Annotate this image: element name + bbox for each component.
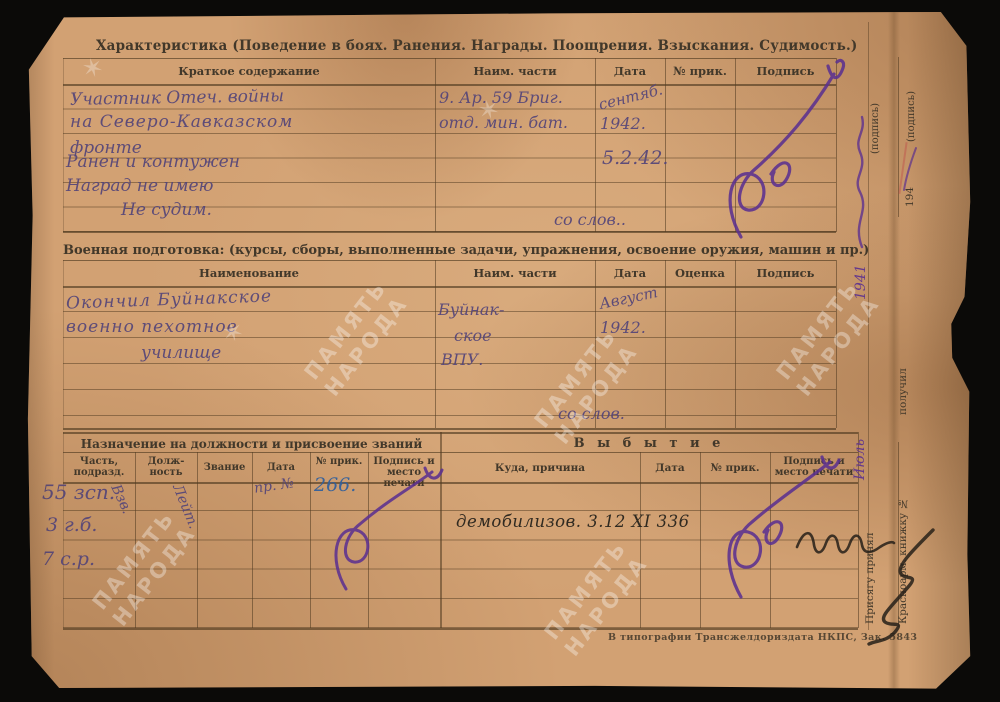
column-divider <box>63 58 64 232</box>
hw-s1-unit1: 9. Ар. 59 Бриг. <box>439 88 563 107</box>
divider <box>63 628 858 630</box>
column-divider <box>435 260 436 428</box>
col-header-s2-1: Наим. части <box>435 266 595 280</box>
hw-s2-date2: 1942. <box>600 318 646 337</box>
divider <box>63 260 836 261</box>
column-divider <box>735 260 736 428</box>
column-divider <box>435 58 436 232</box>
col-header-s2-4: Подпись <box>735 266 836 280</box>
hw-s2-note: со слов. <box>558 404 625 423</box>
hw-margin-month: Июль <box>852 410 868 480</box>
col-header-s1-2: Дата <box>595 64 665 78</box>
column-divider <box>640 452 641 628</box>
document-page: Характеристика (Поведение в боях. Ранени… <box>26 12 974 690</box>
section3-left-title: Назначение на должности и присвоение зва… <box>63 437 440 451</box>
divider <box>63 432 858 434</box>
col-header-s2-2: Дата <box>595 266 665 280</box>
column-divider <box>197 452 198 628</box>
divider <box>63 428 836 430</box>
column-divider <box>665 260 666 428</box>
margin-podpis-2: (подпись) <box>906 62 917 142</box>
hw-s2-line3: училище <box>141 343 221 363</box>
section3-right-title: В ы б ы т и е <box>440 436 858 451</box>
hw-s1-date2: 1942. <box>600 114 646 133</box>
col-header-s3l-2: Звание <box>197 462 252 473</box>
col-header-s3l-0: Часть, подразд. <box>65 456 133 478</box>
hw-s1-unit2: отд. мин. бат. <box>439 113 568 132</box>
hw-s3-discharge: демобилизов. 3.12 ХI 336 <box>456 512 690 531</box>
column-divider <box>700 452 701 628</box>
hw-s1-line4: Ранен и контужен <box>66 152 240 172</box>
hw-s3-unit2: 3 г.б. <box>46 514 97 536</box>
column-divider <box>252 452 253 628</box>
signature-purple-margin <box>844 112 879 252</box>
col-header-s3r-1: Дата <box>640 462 700 474</box>
col-header-s1-1: Наим. части <box>435 64 595 78</box>
hw-s1-note: со слов.. <box>554 210 626 229</box>
hw-s1-line2: на Северо-Кавказском <box>70 112 293 132</box>
hw-s3-unit1: 55 зсп. <box>42 480 115 504</box>
hw-s1-line6: Не судим. <box>121 200 212 220</box>
col-header-s3l-3: Дата <box>252 462 310 473</box>
hw-s1-line5: Наград не имею <box>66 176 213 196</box>
column-divider <box>63 260 64 428</box>
hw-s2-unit2: ское <box>454 326 492 345</box>
hw-s1-date4: 5.2.42. <box>602 147 668 169</box>
photo-background: Характеристика (Поведение в боях. Ранени… <box>0 0 1000 702</box>
hw-s2-unit1: Буйнак- <box>438 300 504 319</box>
column-divider <box>595 260 596 428</box>
col-header-s3r-0: Куда, причина <box>440 462 640 474</box>
col-header-s2-0: Наименование <box>63 266 435 280</box>
margin-book-received: получил <box>897 340 909 415</box>
hw-s2-unit3: ВПУ. <box>441 350 483 369</box>
column-divider <box>836 260 837 428</box>
column-divider <box>135 452 136 628</box>
hw-s2-line2: военно пехотное <box>66 317 238 337</box>
column-divider <box>310 452 311 628</box>
hw-s1-line1: Участник Отеч. войны <box>70 86 284 110</box>
ink-slash-mark <box>900 144 920 194</box>
col-header-s3l-1: Долж-ность <box>138 456 194 478</box>
signature-black-flourish <box>841 522 941 647</box>
signature-purple-top-right <box>716 52 851 247</box>
column-divider <box>595 58 596 232</box>
col-header-s1-0: Краткое содержание <box>63 64 435 78</box>
signature-purple-bottom-left <box>326 464 446 599</box>
col-header-s2-3: Оценка <box>665 266 735 280</box>
column-divider <box>665 58 666 232</box>
hw-s3-unit3: 7 с.р. <box>42 548 95 570</box>
